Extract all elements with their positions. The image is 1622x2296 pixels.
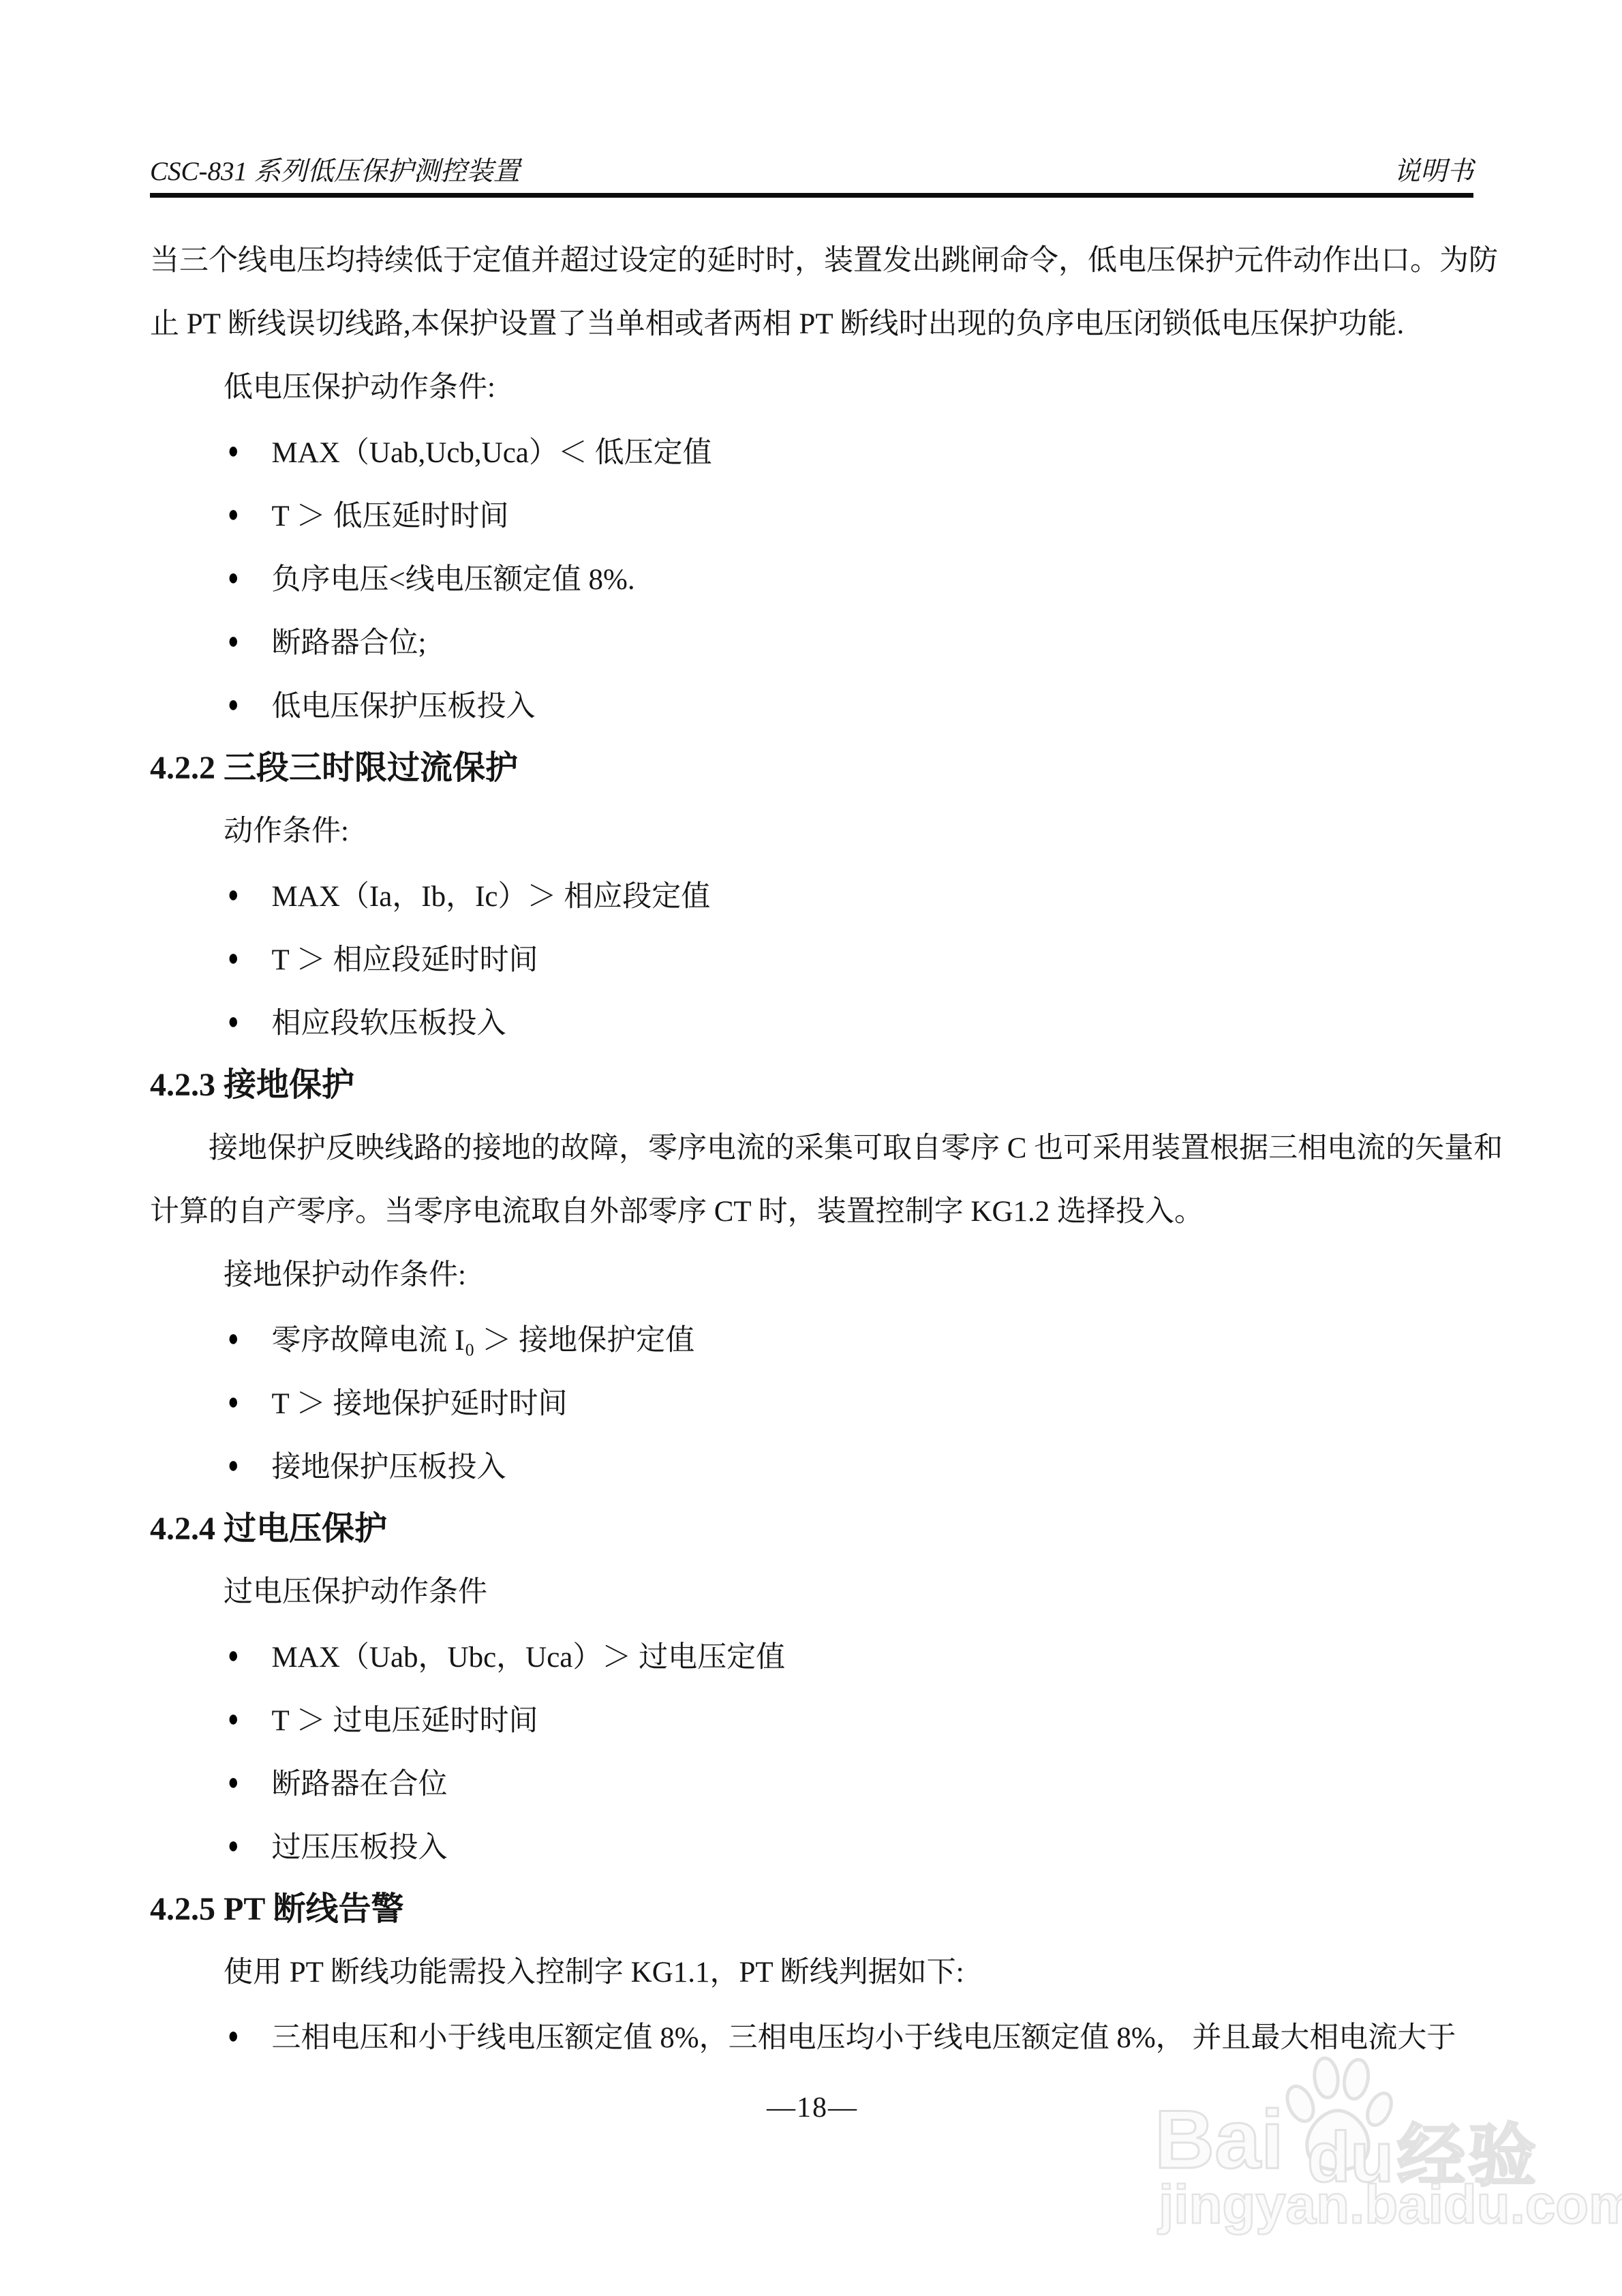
page-header: CSC-831 系列低压保护测控装置 说明书: [150, 136, 1473, 188]
list-item: ●低电压保护压板投入: [150, 673, 1475, 736]
bullet-dot-icon: ●: [228, 419, 239, 483]
list-item-text: MAX（Uab,Ucb,Uca）＜ 低压定值: [272, 437, 712, 469]
watermark-url: jingyan.baidu.com: [1159, 2173, 1622, 2236]
intro-paragraph-line: 当三个线电压均持续低于定值并超过设定的延时时，装置发出跳闸命令，低电压保护元件动…: [150, 229, 1475, 292]
list-item-text: 三相电压和小于线电压额定值 8%，三相电压均小于线电压额定值 8%， 并且最大相…: [272, 2022, 1456, 2054]
section-heading-ground: 4.2.3 接地保护: [150, 1053, 1475, 1117]
bullet-dot-icon: ●: [228, 483, 239, 546]
list-item-text: T ＞ 接地保护延时时间: [272, 1388, 568, 1420]
bullet-dot-icon: ●: [228, 990, 239, 1053]
bullet-dot-icon: ●: [228, 609, 239, 673]
list-item-text: 相应段软压板投入: [272, 1008, 506, 1040]
list-item: ●三相电压和小于线电压额定值 8%，三相电压均小于线电压额定值 8%， 并且最大…: [150, 2004, 1475, 2068]
list-item: ●MAX（Ia，Ib，Ic）＞ 相应段定值: [150, 863, 1475, 926]
bullet-dot-icon: ●: [228, 1307, 239, 1370]
list-item: ●MAX（Uab，Ubc，Uca）＞ 过电压定值: [150, 1624, 1475, 1687]
ground-condition-title: 接地保护动作条件:: [150, 1243, 1475, 1307]
bullet-dot-icon: ●: [228, 1687, 239, 1751]
low-voltage-condition-title: 低电压保护动作条件:: [150, 356, 1475, 419]
list-item-text: 零序故障电流 I₀ ＞ 接地保护定值: [272, 1325, 695, 1357]
list-item-text: 接地保护压板投入: [272, 1451, 506, 1483]
list-item-text: 断路器在合位: [272, 1768, 448, 1800]
list-item-text: MAX（Uab，Ubc，Uca）＞ 过电压定值: [272, 1642, 786, 1674]
bullet-dot-icon: ●: [228, 1814, 239, 1877]
bullet-dot-icon: ●: [228, 1434, 239, 1497]
bullet-dot-icon: ●: [228, 863, 239, 926]
bullet-dot-icon: ●: [228, 673, 239, 736]
section-heading-pt-alarm: 4.2.5 PT 断线告警: [150, 1877, 1475, 1941]
list-item: ●T ＞ 过电压延时时间: [150, 1687, 1475, 1751]
bullet-dot-icon: ●: [228, 1751, 239, 1814]
manual-page: CSC-831 系列低压保护测控装置 说明书 当三个线电压均持续低于定值并超过设…: [0, 0, 1622, 2296]
list-item-text: 过压压板投入: [272, 1832, 448, 1864]
list-item: ●MAX（Uab,Ucb,Uca）＜ 低压定值: [150, 419, 1475, 483]
list-item: ●T ＞ 接地保护延时时间: [150, 1370, 1475, 1434]
list-item-text: MAX（Ia，Ib，Ic）＞ 相应段定值: [272, 881, 711, 913]
bullet-dot-icon: ●: [228, 546, 239, 609]
overvoltage-condition-title: 过电压保护动作条件: [150, 1560, 1475, 1624]
list-item-text: 低电压保护压板投入: [272, 691, 536, 723]
ground-paragraph-line: 计算的自产零序。当零序电流取自外部零序 CT 时，装置控制字 KG1.2 选择投…: [150, 1180, 1475, 1243]
list-item-text: 负序电压<线电压额定值 8%.: [272, 564, 635, 596]
list-item-text: 断路器合位;: [272, 627, 427, 659]
bullet-dot-icon: ●: [228, 926, 239, 990]
header-rule: [150, 193, 1473, 198]
section-heading-overcurrent: 4.2.2 三段三时限过流保护: [150, 736, 1475, 800]
header-product-title: CSC-831 系列低压保护测控装置: [150, 150, 520, 188]
list-item-text: T ＞ 相应段延时时间: [272, 944, 538, 976]
bullet-dot-icon: ●: [228, 1624, 239, 1687]
bullet-dot-icon: ●: [228, 1370, 239, 1434]
list-item-text: T ＞ 低压延时时间: [272, 500, 509, 532]
list-item: ●接地保护压板投入: [150, 1434, 1475, 1497]
list-item: ●负序电压<线电压额定值 8%.: [150, 546, 1475, 609]
list-item: ●零序故障电流 I₀ ＞ 接地保护定值: [150, 1307, 1475, 1370]
list-item: ●断路器在合位: [150, 1751, 1475, 1814]
intro-paragraph-line: 止 PT 断线误切线路,本保护设置了当单相或者两相 PT 断线时出现的负序电压闭…: [150, 292, 1475, 356]
page-content: 当三个线电压均持续低于定值并超过设定的延时时，装置发出跳闸命令，低电压保护元件动…: [150, 229, 1475, 2068]
list-item: ●过压压板投入: [150, 1814, 1475, 1877]
list-item: ●断路器合位;: [150, 609, 1475, 673]
section-heading-overvoltage: 4.2.4 过电压保护: [150, 1497, 1475, 1560]
ground-paragraph-line: 接地保护反映线路的接地的故障，零序电流的采集可取自零序 C 也可采用装置根据三相…: [150, 1117, 1475, 1180]
header-doc-label: 说明书: [1394, 150, 1473, 188]
overcurrent-condition-title: 动作条件:: [150, 800, 1475, 863]
list-item: ●相应段软压板投入: [150, 990, 1475, 1053]
pt-alarm-intro: 使用 PT 断线功能需投入控制字 KG1.1，PT 断线判据如下:: [150, 1941, 1475, 2004]
list-item: ●T ＞ 相应段延时时间: [150, 926, 1475, 990]
watermark-baidu-bai: Bai: [1154, 2091, 1284, 2187]
list-item-text: T ＞ 过电压延时时间: [272, 1705, 538, 1737]
bullet-dot-icon: ●: [228, 2004, 239, 2068]
list-item: ●T ＞ 低压延时时间: [150, 483, 1475, 546]
